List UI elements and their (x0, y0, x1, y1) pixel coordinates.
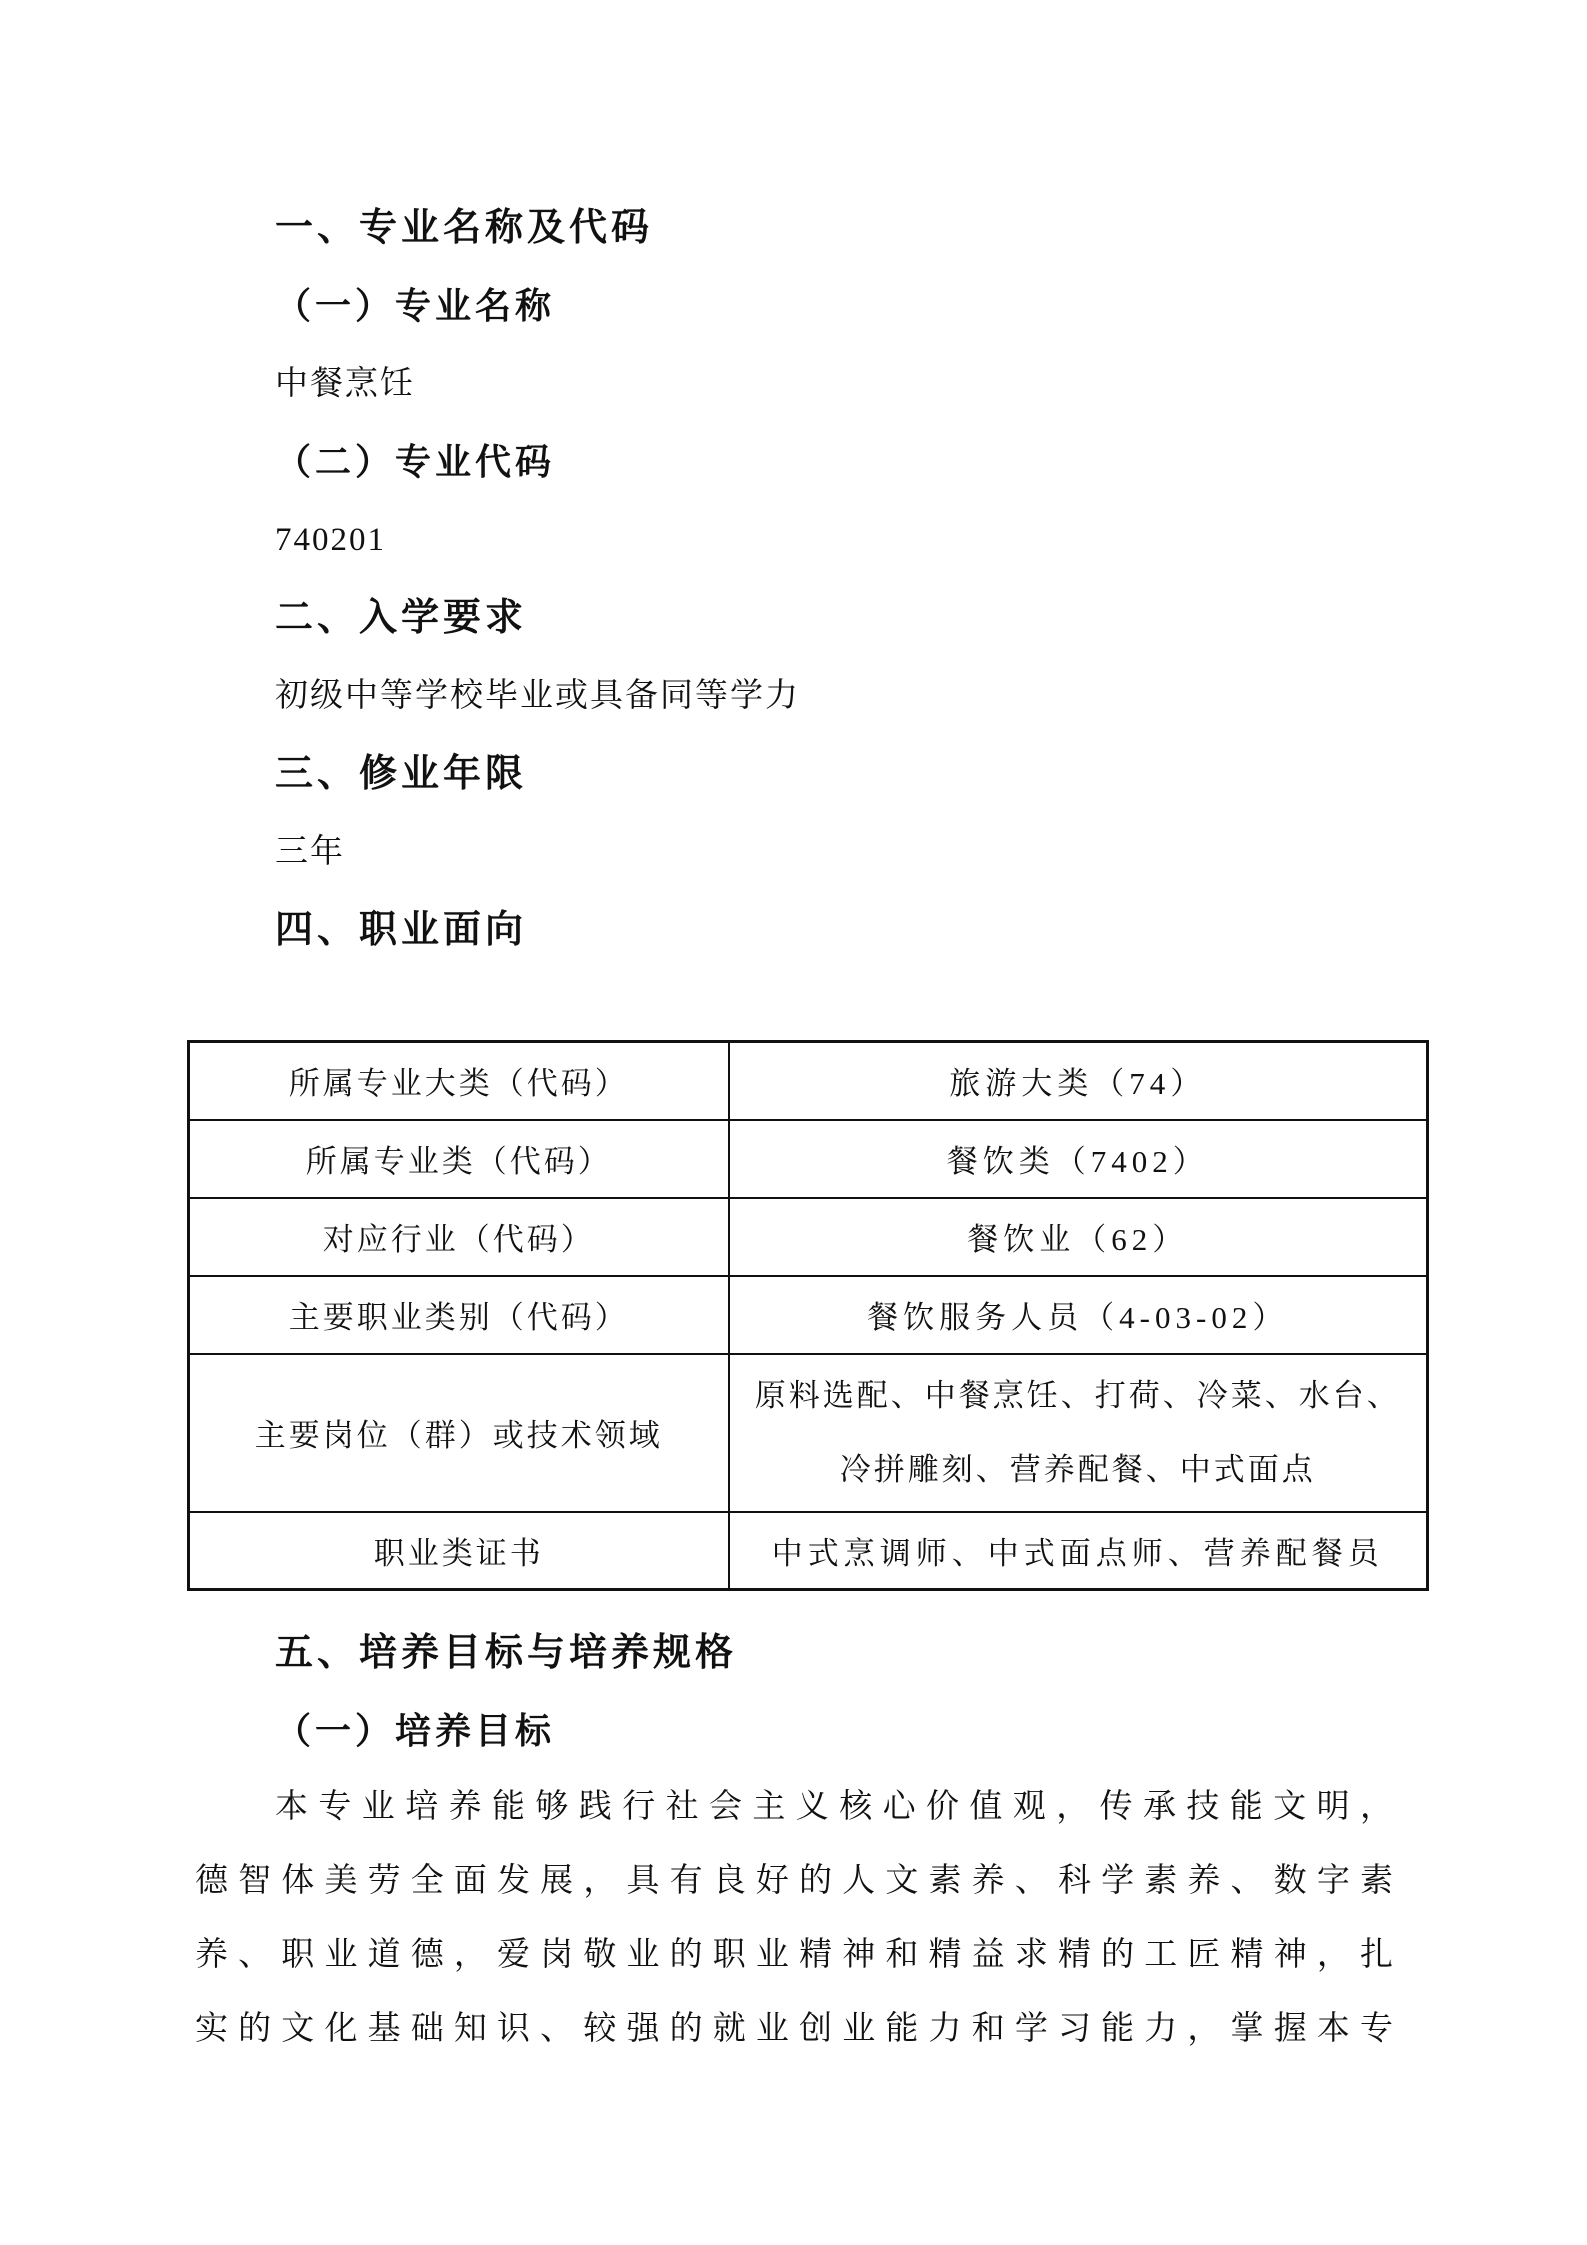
subheading-major-code: （二）专业代码 (195, 423, 1393, 501)
table-row: 对应行业（代码） 餐饮业（62） (189, 1198, 1428, 1276)
cell-value: 中式烹调师、中式面点师、营养配餐员 (729, 1512, 1428, 1590)
subheading-major-name: （一）专业名称 (195, 267, 1393, 345)
cell-value: 旅游大类（74） (729, 1042, 1428, 1120)
training-objective-paragraph: 本专业培养能够践行社会主义核心价值观，传承技能文明， 德智体美劳全面发展，具有良… (195, 1770, 1393, 2066)
heading-section-5: 五、培养目标与培养规格 (195, 1614, 1393, 1692)
paragraph-line: 养、职业道德，爱岗敬业的职业精神和精益求精的工匠精神，扎 (195, 1918, 1393, 1992)
major-name-value: 中餐烹饪 (195, 345, 1393, 423)
table-row: 主要岗位（群）或技术领域 原料选配、中餐烹饪、打荷、冷菜、水台、 冷拼雕刻、营养… (189, 1354, 1428, 1512)
cell-value: 餐饮服务人员（4-03-02） (729, 1276, 1428, 1354)
table-row: 主要职业类别（代码） 餐饮服务人员（4-03-02） (189, 1276, 1428, 1354)
cell-value: 餐饮类（7402） (729, 1120, 1428, 1198)
cell-label: 职业类证书 (189, 1512, 729, 1590)
heading-section-2: 二、入学要求 (195, 579, 1393, 657)
career-orientation-table: 所属专业大类（代码） 旅游大类（74） 所属专业类（代码） 餐饮类（7402） … (187, 1040, 1429, 1591)
table-row: 所属专业类（代码） 餐饮类（7402） (189, 1120, 1428, 1198)
cell-value-line: 原料选配、中餐烹饪、打荷、冷菜、水台、 (736, 1359, 1421, 1433)
table-row: 所属专业大类（代码） 旅游大类（74） (189, 1042, 1428, 1120)
heading-section-3: 三、修业年限 (195, 735, 1393, 813)
subheading-training-objective: （一）培养目标 (195, 1692, 1393, 1770)
paragraph-line: 德智体美劳全面发展，具有良好的人文素养、科学素养、数字素 (195, 1844, 1393, 1918)
cell-label: 所属专业大类（代码） (189, 1042, 729, 1120)
document-page: 一、专业名称及代码 （一）专业名称 中餐烹饪 （二）专业代码 740201 二、… (0, 0, 1587, 2245)
paragraph-line: 本专业培养能够践行社会主义核心价值观，传承技能文明， (195, 1770, 1393, 1844)
cell-label: 对应行业（代码） (189, 1198, 729, 1276)
table-row: 职业类证书 中式烹调师、中式面点师、营养配餐员 (189, 1512, 1428, 1590)
study-duration-text: 三年 (195, 813, 1393, 891)
cell-value: 原料选配、中餐烹饪、打荷、冷菜、水台、 冷拼雕刻、营养配餐、中式面点 (729, 1354, 1428, 1512)
heading-section-1: 一、专业名称及代码 (195, 189, 1393, 267)
heading-section-4: 四、职业面向 (195, 891, 1393, 969)
major-code-value: 740201 (195, 501, 1393, 579)
cell-value: 餐饮业（62） (729, 1198, 1428, 1276)
cell-label: 主要职业类别（代码） (189, 1276, 729, 1354)
cell-label: 所属专业类（代码） (189, 1120, 729, 1198)
cell-value-line: 冷拼雕刻、营养配餐、中式面点 (736, 1433, 1421, 1507)
cell-label: 主要岗位（群）或技术领域 (189, 1354, 729, 1512)
admission-requirement-text: 初级中等学校毕业或具备同等学力 (195, 657, 1393, 735)
paragraph-line: 实的文化基础知识、较强的就业创业能力和学习能力，掌握本专 (195, 1992, 1393, 2066)
